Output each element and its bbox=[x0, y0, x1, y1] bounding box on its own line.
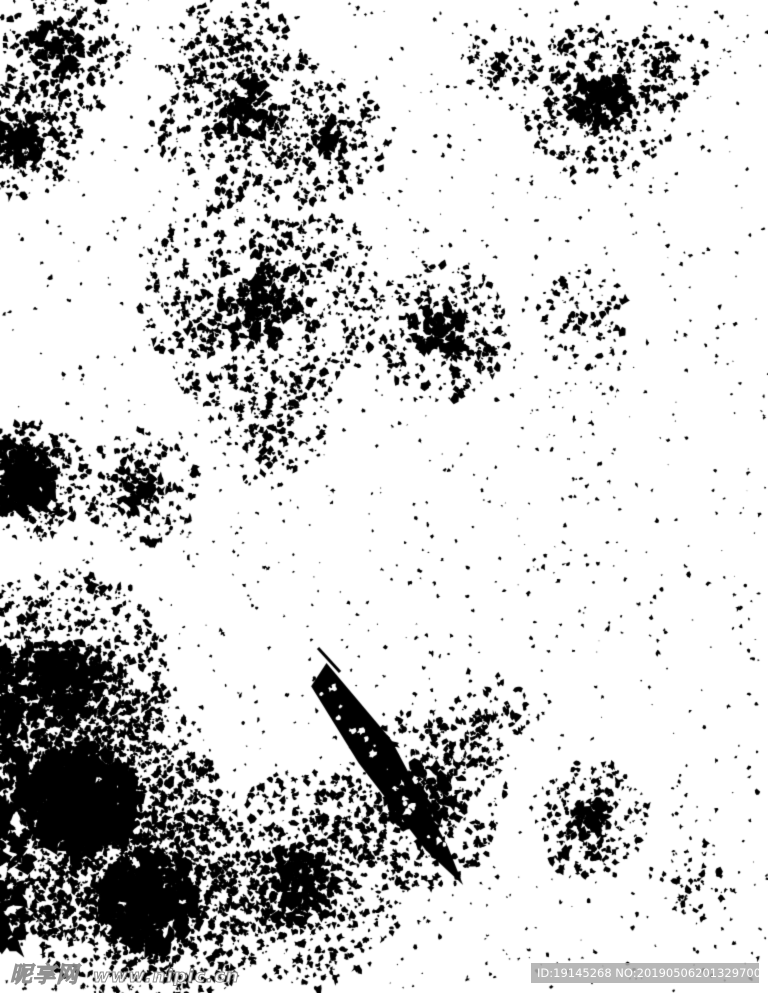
grunge-texture-image: 昵享网 www.nipic.cn ID:19145268 NO:20190506… bbox=[0, 0, 768, 993]
site-watermark: 昵享网 www.nipic.cn bbox=[10, 958, 240, 989]
watermark-site-url: www.nipic.cn bbox=[93, 966, 240, 987]
image-id-label: ID:19145268 NO:20190506201329700000 bbox=[531, 963, 759, 983]
texture-canvas bbox=[0, 0, 768, 993]
watermark-site-name: 昵享网 bbox=[10, 963, 79, 988]
